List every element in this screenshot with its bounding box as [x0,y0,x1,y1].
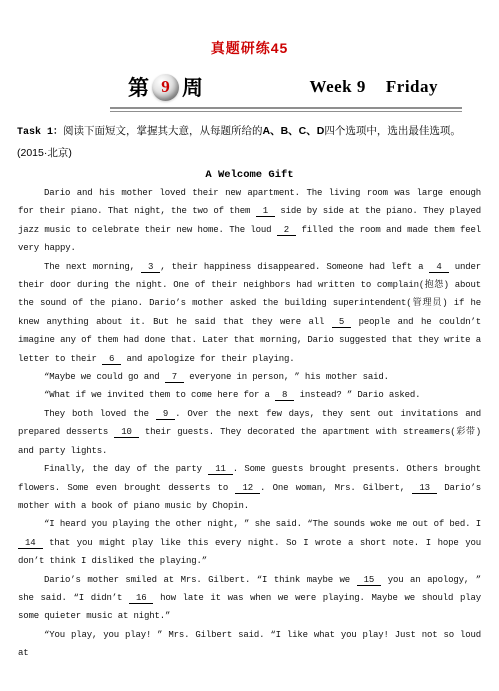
task-option-letters: A、B、C、D [263,125,325,137]
week-suffix-text: 周 [182,72,203,102]
week-number-badge: 9 [152,74,179,101]
cloze-blank-3: 3 [141,262,160,273]
task-instruction-pre: 阅读下面短文，掌握其大意，从每题所给的 [63,125,263,137]
passage-paragraph: “I heard you playing the other night, ” … [18,515,481,570]
passage-paragraph: “You play, you play! ” Mrs. Gilbert said… [18,626,481,663]
cloze-blank-13: 13 [412,483,437,494]
cloze-blank-15: 15 [357,575,382,586]
passage-paragraph: They both loved the 9. Over the next few… [18,405,481,460]
task-label: Task 1： [17,127,63,138]
week-label-cn: 第 9 周 [128,72,203,102]
task-source: (2015·北京) [17,143,482,164]
passage-paragraphs: Dario and his mother loved their new apa… [18,184,481,663]
cloze-blank-2: 2 [277,225,296,236]
cloze-blank-9: 9 [156,409,175,420]
passage-paragraph: “Maybe we could go and 7 everyone in per… [18,368,481,386]
cloze-blank-16: 16 [129,593,154,604]
cloze-blank-10: 10 [114,427,139,438]
day-en-text: Friday [386,77,438,96]
week-en-text: Week 9 [310,77,366,96]
cloze-blank-8: 8 [275,390,294,401]
week-banner-row: 第 9 周 Week 9Friday [110,72,462,109]
cloze-blank-12: 12 [235,483,260,494]
week-number-text: 9 [161,77,170,97]
week-prefix-text: 第 [128,72,149,102]
cloze-blank-1: 1 [256,206,275,217]
exam-page: 真题研练45 第 9 周 Week 9Friday Task 1：阅读下面短文，… [0,0,499,691]
cloze-blank-5: 5 [332,317,351,328]
cloze-blank-7: 7 [165,372,184,383]
passage-paragraph: The next morning, 3, their happiness dis… [18,258,481,368]
task-instruction-post: 四个选项中，选出最佳选项。 [324,125,461,137]
passage-paragraph: Finally, the day of the party 11. Some g… [18,460,481,515]
cloze-blank-6: 6 [102,354,121,365]
passage-paragraph: “What if we invited them to come here fo… [18,386,481,404]
page-title: 真题研练45 [0,38,499,58]
week-banner: 第 9 周 Week 9Friday [110,72,462,112]
cloze-blank-4: 4 [429,262,448,273]
week-label-en: Week 9Friday [310,77,452,97]
passage-paragraph: Dario’s mother smiled at Mrs. Gilbert. “… [18,571,481,626]
passage-title: A Welcome Gift [0,169,499,181]
task-instructions: Task 1：阅读下面短文，掌握其大意，从每题所给的A、B、C、D四个选项中，选… [17,121,482,164]
cloze-blank-14: 14 [18,538,43,549]
passage-paragraph: Dario and his mother loved their new apa… [18,184,481,258]
passage: A Welcome Gift Dario and his mother love… [0,169,499,663]
cloze-blank-11: 11 [208,464,233,475]
